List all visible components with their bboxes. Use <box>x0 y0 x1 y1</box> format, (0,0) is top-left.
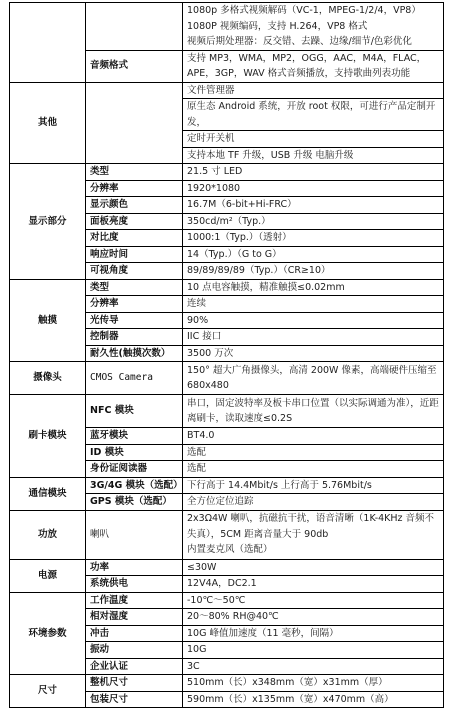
value-line: 1080p 多格式视频解码（VC-1，MPEG-1/2/4，VP8） <box>187 3 439 19</box>
subcategory-cell: 音频格式 <box>86 50 183 82</box>
value-cell: 串口，固定波特率及板卡串口位置（以实际调通为准），近距离刷卡，读取速度≤0.2S <box>183 395 444 428</box>
subcategory-cell: 冲击 <box>86 625 183 642</box>
table-row: 1080p 多格式视频解码（VC-1，MPEG-1/2/4，VP8） 1080P… <box>10 3 444 51</box>
subcategory-cell: 分辨率 <box>86 180 183 197</box>
subcategory-cell: 包装尺寸 <box>86 691 183 708</box>
value-line: 视频后期处理器：反交错、去躁、边缘/细节/色彩优化 <box>187 34 439 50</box>
category-cell: 刷卡模块 <box>10 395 86 478</box>
value-cell: BT4.0 <box>183 428 444 445</box>
subcategory-cell: 响应时间 <box>86 246 183 263</box>
value-cell: 1080p 多格式视频解码（VC-1，MPEG-1/2/4，VP8） 1080P… <box>183 3 444 51</box>
subcategory-cell: 光传导 <box>86 312 183 329</box>
value-cell: 12V4A，DC2.1 <box>183 576 444 593</box>
subcategory-cell: 类型 <box>86 279 183 296</box>
subcategory-cell: ID 模块 <box>86 444 183 461</box>
subcategory-cell <box>86 82 183 164</box>
category-cell: 其他 <box>10 82 86 164</box>
value-cell: 10G <box>183 642 444 659</box>
value-cell: 14（Typ.）（G to G） <box>183 246 444 263</box>
value-cell: 1920*1080 <box>183 180 444 197</box>
subcategory-cell: 分辨率 <box>86 296 183 313</box>
value-cell: 支持 MP3，WMA，MP2，OGG，AAC，M4A，FLAC，APE，3GP，… <box>183 50 444 82</box>
value-cell: 10G 峰值加速度（11 毫秒，间隔） <box>183 625 444 642</box>
value-line: 2x3Ω4W 喇叭，抗磁抗干扰，语音清晰（1K-4KHz 音频不失真），5CM … <box>187 511 439 542</box>
subcategory-cell: GPS 模块（选配） <box>86 494 183 511</box>
subcategory-cell: NFC 模块 <box>86 395 183 428</box>
value-cell: 10 点电容触摸，精准触摸≤0.02mm <box>183 279 444 296</box>
subcategory-cell: 对比度 <box>86 230 183 247</box>
subcategory-cell: 3G/4G 模块（选配） <box>86 477 183 494</box>
value-cell: 选配 <box>183 444 444 461</box>
value-cell: 150° 超大广角摄像头，高清 200W 像素，高端硬件压缩至 680x480 <box>183 362 444 395</box>
value-cell: IIC 接口 <box>183 329 444 346</box>
subcategory-cell <box>86 3 183 51</box>
table-row: 显示部分 类型 21.5 寸 LED <box>10 164 444 181</box>
table-row: 通信模块 3G/4G 模块（选配） 下行高于 14.4Mbit/s 上行高于 5… <box>10 477 444 494</box>
table-row: 其他 文件管理器 <box>10 82 444 99</box>
subcategory-cell: 喇叭 <box>86 510 183 559</box>
value-cell: 590mm（长）x135mm（宽）x470mm（高） <box>183 691 444 708</box>
subcategory-cell: 相对湿度 <box>86 609 183 626</box>
value-cell: 3500 万次 <box>183 345 444 362</box>
subcategory-cell: 振动 <box>86 642 183 659</box>
category-cell: 环境参数 <box>10 592 86 675</box>
subcategory-cell: 蓝牙模块 <box>86 428 183 445</box>
category-cell: 功放 <box>10 510 86 559</box>
table-row: 环境参数 工作温度 -10℃～50℃ <box>10 592 444 609</box>
value-cell: 3C <box>183 658 444 675</box>
table-row: 电源 功率 ≤30W <box>10 559 444 576</box>
value-cell: 下行高于 14.4Mbit/s 上行高于 5.76Mbit/s <box>183 477 444 494</box>
spec-table: 1080p 多格式视频解码（VC-1，MPEG-1/2/4，VP8） 1080P… <box>9 2 444 708</box>
value-cell: 89/89/89/89（Typ.）（CR≥10） <box>183 263 444 280</box>
value-cell: ≤30W <box>183 559 444 576</box>
value-cell: 2x3Ω4W 喇叭，抗磁抗干扰，语音清晰（1K-4KHz 音频不失真），5CM … <box>183 510 444 559</box>
category-cell: 尺寸 <box>10 675 86 708</box>
subcategory-cell: 面板亮度 <box>86 213 183 230</box>
value-cell: 20～80% RH@40℃ <box>183 609 444 626</box>
value-cell: -10℃～50℃ <box>183 592 444 609</box>
value-line: 内置麦克风（选配） <box>187 542 439 558</box>
subcategory-cell: 类型 <box>86 164 183 181</box>
value-cell: 选配 <box>183 461 444 478</box>
subcategory-cell: 可视角度 <box>86 263 183 280</box>
value-cell: 90% <box>183 312 444 329</box>
table-row: 刷卡模块 NFC 模块 串口，固定波特率及板卡串口位置（以实际调通为准），近距离… <box>10 395 444 428</box>
category-cell: 摄像头 <box>10 362 86 395</box>
subcategory-cell: 耐久性(触摸次数） <box>86 345 183 362</box>
value-line: 1080P 视频编码，支持 H.264，VP8 格式 <box>187 19 439 35</box>
value-cell: 21.5 寸 LED <box>183 164 444 181</box>
value-cell: 支持本地 TF 升级，USB 升级 电脑升级 <box>183 147 444 164</box>
subcategory-cell: 显示颜色 <box>86 197 183 214</box>
table-row: 尺寸 整机尺寸 510mm（长）x348mm（宽）x31mm（厚） <box>10 675 444 692</box>
value-cell: 510mm（长）x348mm（宽）x31mm（厚） <box>183 675 444 692</box>
subcategory-cell: 企业认证 <box>86 658 183 675</box>
value-cell: 文件管理器 <box>183 82 444 99</box>
category-cell: 通信模块 <box>10 477 86 510</box>
value-cell: 原生态 Android 系统，开放 root 权限，可进行产品定制开发， <box>183 99 444 131</box>
value-cell: 全方位定位追踪 <box>183 494 444 511</box>
category-cell <box>10 3 86 83</box>
value-cell: 1000:1（Typ.）（透射） <box>183 230 444 247</box>
subcategory-cell: 身份证阅读器 <box>86 461 183 478</box>
subcategory-cell: 整机尺寸 <box>86 675 183 692</box>
table-row: 触摸 类型 10 点电容触摸，精准触摸≤0.02mm <box>10 279 444 296</box>
value-cell: 350cd/m²（Typ.） <box>183 213 444 230</box>
subcategory-cell: 控制器 <box>86 329 183 346</box>
value-cell: 16.7M（6-bit+Hi-FRC） <box>183 197 444 214</box>
table-row: 摄像头 CMOS Camera 150° 超大广角摄像头，高清 200W 像素，… <box>10 362 444 395</box>
category-cell: 电源 <box>10 559 86 592</box>
category-cell: 触摸 <box>10 279 86 362</box>
value-cell: 连续 <box>183 296 444 313</box>
subcategory-cell: 功率 <box>86 559 183 576</box>
category-cell: 显示部分 <box>10 164 86 280</box>
table-row: 功放 喇叭 2x3Ω4W 喇叭，抗磁抗干扰，语音清晰（1K-4KHz 音频不失真… <box>10 510 444 559</box>
subcategory-cell: 系统供电 <box>86 576 183 593</box>
subcategory-cell: 工作温度 <box>86 592 183 609</box>
value-cell: 定时开关机 <box>183 131 444 148</box>
subcategory-cell: CMOS Camera <box>86 362 183 395</box>
